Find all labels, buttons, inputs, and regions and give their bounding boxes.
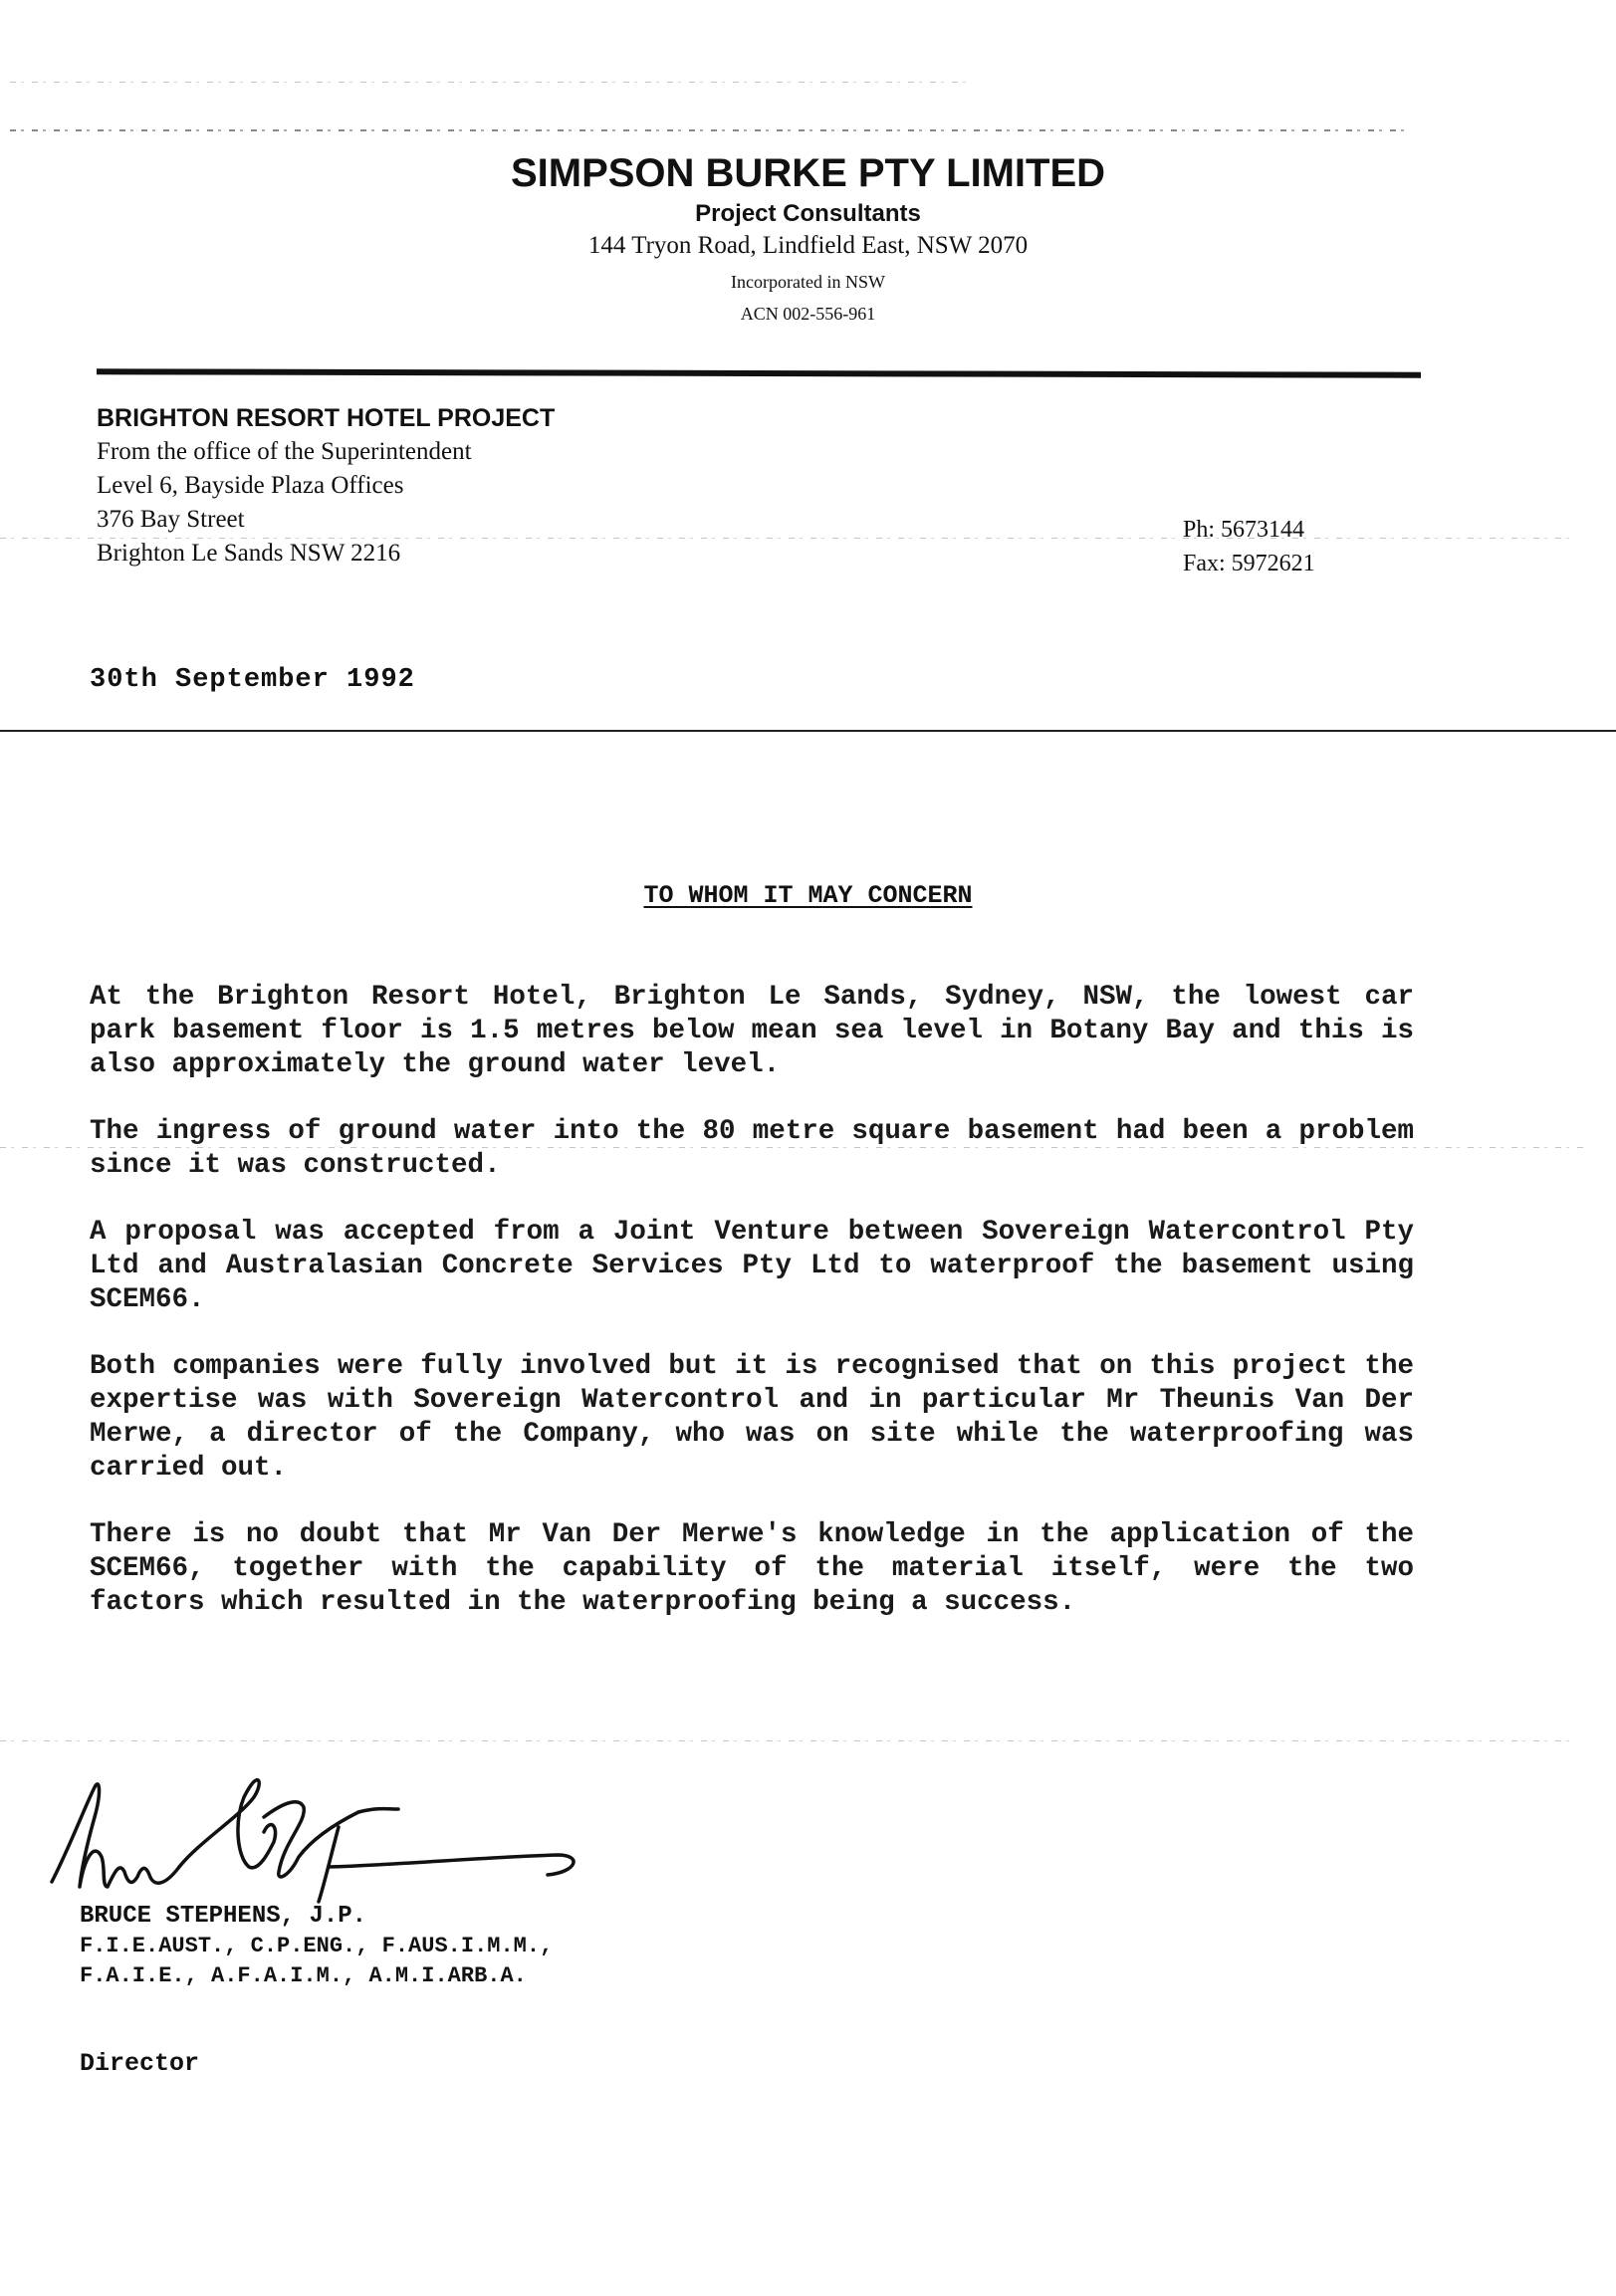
signatory-qualifications: F.A.I.E., A.F.A.I.M., A.M.I.ARB.A. <box>80 1961 553 1991</box>
project-block: BRIGHTON RESORT HOTEL PROJECT From the o… <box>97 401 555 571</box>
project-line: Brighton Le Sands NSW 2216 <box>97 537 555 571</box>
project-line: Level 6, Bayside Plaza Offices <box>97 469 555 503</box>
signature-image <box>40 1747 737 1907</box>
project-line: From the office of the Superintendent <box>97 435 555 469</box>
signatory-name: BRUCE STEPHENS, J.P. <box>80 1902 553 1932</box>
company-acn: ACN 002-556-961 <box>0 304 1616 325</box>
letterhead-divider <box>97 368 1421 377</box>
project-line: 376 Bay Street <box>97 503 555 537</box>
letter-paragraph: At the Brighton Resort Hotel, Brighton L… <box>90 981 1414 1082</box>
letter-paragraph: A proposal was accepted from a Joint Ven… <box>90 1216 1414 1317</box>
letter-salutation: TO WHOM IT MAY CONCERN <box>0 881 1616 910</box>
letter-paragraph: Both companies were fully involved but i… <box>90 1350 1414 1486</box>
company-incorporation: Incorporated in NSW <box>0 272 1616 293</box>
scan-noise-line <box>10 129 1404 131</box>
page-divider <box>0 730 1616 732</box>
contact-block: Ph: 5673144 Fax: 5972621 <box>1183 513 1315 580</box>
letter-body: At the Brighton Resort Hotel, Brighton L… <box>90 981 1414 1653</box>
phone-number: Ph: 5673144 <box>1183 513 1315 547</box>
company-name: SIMPSON BURKE PTY LIMITED <box>0 151 1616 196</box>
company-address: 144 Tryon Road, Lindfield East, NSW 2070 <box>0 232 1616 260</box>
company-tagline: Project Consultants <box>0 200 1616 228</box>
signatory-role: Director <box>80 2049 199 2078</box>
letter-date: 30th September 1992 <box>90 665 415 695</box>
letter-paragraph: There is no doubt that Mr Van Der Merwe'… <box>90 1518 1414 1620</box>
scan-noise-line <box>10 82 966 83</box>
letter-paragraph: The ingress of ground water into the 80 … <box>90 1115 1414 1183</box>
project-title: BRIGHTON RESORT HOTEL PROJECT <box>97 401 555 435</box>
signatory-qualifications: F.I.E.AUST., C.P.ENG., F.AUS.I.M.M., <box>80 1932 553 1961</box>
signatory-block: BRUCE STEPHENS, J.P. F.I.E.AUST., C.P.EN… <box>80 1902 553 1991</box>
scan-noise-line <box>0 1740 1573 1741</box>
fax-number: Fax: 5972621 <box>1183 547 1315 580</box>
